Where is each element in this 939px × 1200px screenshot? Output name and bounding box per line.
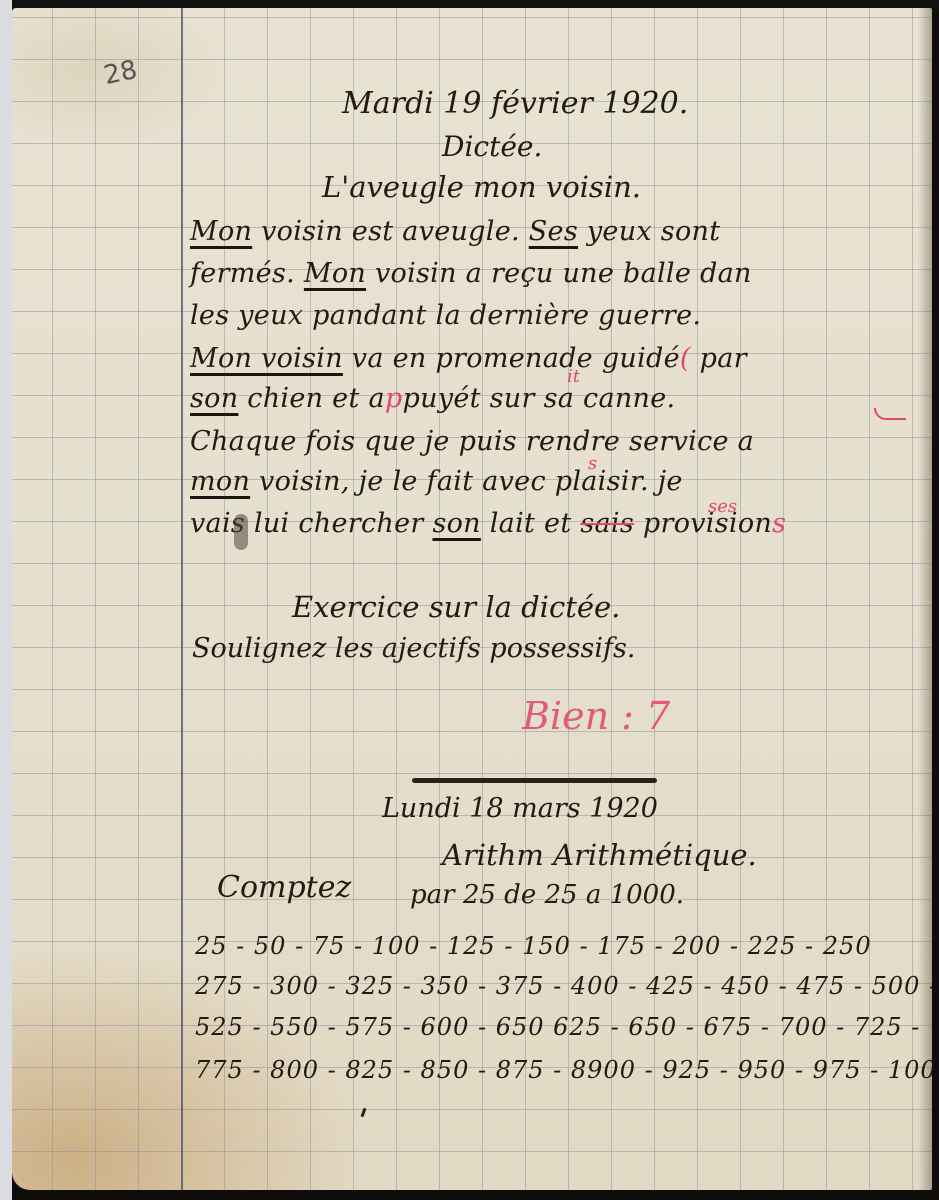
teacher-grade: Bien : 7 (522, 694, 670, 738)
entry2-subject: Arithm Arithmétique. (442, 838, 757, 872)
correction-above-fait: s (588, 453, 597, 474)
correction-above-appuyet: it (567, 366, 580, 387)
exercise-title: Exercice sur la dictée. (292, 590, 620, 624)
dictation-line-6: Chaque fois que je puis rendre service a (190, 426, 754, 457)
correction-above-sais: ses (708, 496, 737, 517)
underlined-word: Mon voisin (190, 343, 343, 374)
section-divider (412, 778, 657, 783)
dictation-line-3: les yeux pandant la dernière guerre. (190, 300, 701, 331)
correction-insert: s (772, 508, 786, 539)
underlined-word: Mon (304, 258, 366, 289)
count-row-2: 275 - 300 - 325 - 350 - 375 - 400 - 425 … (195, 972, 932, 1000)
underlined-word: Mon (190, 216, 252, 247)
dictation-line-4: Mon voisin va en promenade guidé( par (190, 343, 747, 374)
dictation-line-1: Mon voisin est aveugle. Ses yeux sont (190, 216, 720, 247)
arith-instruction-word: Comptez (217, 870, 351, 905)
dictation-line-2: fermés. Mon voisin a reçu une balle dan (190, 258, 752, 289)
ink-blot (234, 514, 248, 550)
count-row-3: 525 - 550 - 575 - 600 - 650 625 - 650 - … (195, 1013, 932, 1041)
entry1-subject: Dictée. (442, 130, 542, 163)
notebook-page: 28 Mardi 19 février 1920. Dictée. L'aveu… (12, 8, 932, 1190)
underlined-word: son (432, 508, 480, 539)
count-row-4: 775 - 800 - 825 - 850 - 875 - 8900 - 925… (195, 1056, 932, 1084)
entry1-date: Mardi 19 février 1920. (342, 86, 688, 121)
struck-word: sais (580, 508, 634, 539)
dictation-line-8: vais lui chercher son lait et sais provi… (190, 508, 786, 539)
underlined-word: son (190, 383, 238, 414)
dictation-title: L'aveugle mon voisin. (322, 170, 641, 204)
dictation-line-7: mon voisin, je le fait avec plaisir. je (190, 466, 683, 497)
margin-line (181, 8, 183, 1190)
entry2-date: Lundi 18 mars 1920 (382, 793, 658, 824)
underlined-word: Ses (529, 216, 578, 247)
dictation-line-5: son chien et appuyét sur sa canne. (190, 383, 675, 414)
correction-bracket-mark (874, 408, 906, 420)
exercise-instruction: Soulignez les ajectifs possessifs. (192, 633, 635, 664)
scan-border-left (0, 0, 12, 1200)
correction-mark: ( (680, 343, 691, 374)
count-row-1: 25 - 50 - 75 - 100 - 125 - 150 - 175 - 2… (195, 932, 872, 960)
arith-instruction: par 25 de 25 a 1000. (410, 880, 684, 910)
underlined-word: mon (190, 466, 250, 497)
correction-insert: p (385, 383, 403, 414)
